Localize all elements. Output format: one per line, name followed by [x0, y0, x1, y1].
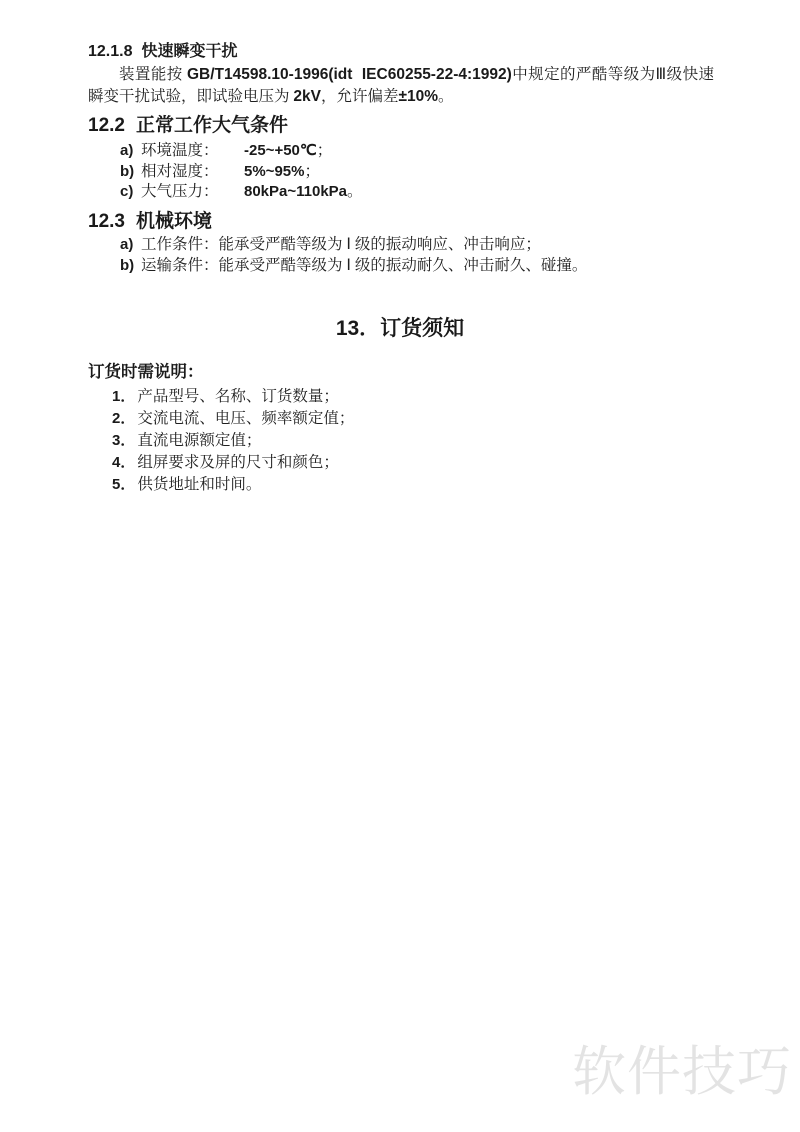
item-label: 大气压力：	[141, 182, 230, 203]
heading-number: 12.3	[88, 210, 125, 233]
list-item: 4．组屏要求及屏的尺寸和颜色；	[112, 452, 354, 474]
item-value: 80kPa~110kPa	[244, 182, 347, 203]
item-punctuation: 。	[347, 183, 363, 200]
item-label: 相对湿度：	[141, 162, 230, 183]
heading-number: 13．	[336, 317, 380, 340]
item-marker: a)	[120, 234, 141, 255]
item-text: 组屏要求及屏的尺寸和颜色；	[137, 454, 339, 471]
item-marker: b)	[120, 162, 141, 183]
item-label: 环境温度：	[141, 141, 230, 162]
standard-reference: GB/T14598.10-1996(idt IEC60255-22-4:1992…	[187, 66, 512, 83]
item-marker: 5．	[112, 476, 135, 493]
item-marker: 1．	[112, 388, 135, 405]
section-12-2-heading: 12.2正常工作大气条件	[88, 114, 288, 137]
item-text: 工作条件：能承受严酷等级为 Ⅰ 级的振动响应、冲击响应；	[141, 236, 541, 253]
item-marker: 4．	[112, 454, 135, 471]
heading-title: 订货须知	[380, 317, 464, 340]
item-marker: c)	[120, 182, 141, 203]
item-marker: 2．	[112, 410, 135, 427]
order-items-list: 1．产品型号、名称、订货数量； 2．交流电流、电压、频率额定值； 3．直流电源额…	[112, 386, 354, 496]
item-marker: a)	[120, 141, 141, 162]
list-item: a)环境温度：-25~+50℃；	[120, 141, 363, 162]
heading-title: 正常工作大气条件	[136, 114, 288, 137]
item-text: 产品型号、名称、订货数量；	[137, 388, 339, 405]
paragraph-segment: 装置能按	[119, 66, 187, 83]
item-marker: 3．	[112, 432, 135, 449]
heading-number: 12.1.8	[88, 42, 132, 62]
heading-number: 12.2	[88, 114, 125, 137]
document-page: 12.1.8快速瞬变干扰 装置能按 GB/T14598.10-1996(idt …	[0, 0, 800, 1132]
heading-title: 机械环境	[136, 210, 212, 233]
atmospheric-conditions-list: a)环境温度：-25~+50℃； b)相对湿度：5%~95%； c)大气压力：8…	[120, 141, 363, 203]
item-punctuation: ；	[317, 142, 333, 159]
chapter-13-heading: 13．订货须知	[0, 316, 800, 341]
list-item: 2．交流电流、电压、频率额定值；	[112, 408, 354, 430]
list-item: a)工作条件：能承受严酷等级为 Ⅰ 级的振动响应、冲击响应；	[120, 234, 587, 255]
item-punctuation: ；	[304, 163, 320, 180]
watermark-text: 软件技巧	[572, 1042, 792, 1102]
item-text: 直流电源额定值；	[137, 432, 261, 449]
section-12-3-heading: 12.3机械环境	[88, 210, 212, 233]
item-value: 5%~95%	[244, 162, 304, 183]
list-item: c)大气压力：80kPa~110kPa。	[120, 182, 363, 203]
fast-transient-paragraph: 装置能按 GB/T14598.10-1996(idt IEC60255-22-4…	[88, 64, 714, 108]
list-item: b)运输条件：能承受严酷等级为 Ⅰ 级的振动耐久、冲击耐久、碰撞。	[120, 255, 587, 276]
list-item: 3．直流电源额定值；	[112, 430, 354, 452]
list-item: 1．产品型号、名称、订货数量；	[112, 386, 354, 408]
list-item: 5．供货地址和时间。	[112, 474, 354, 496]
heading-title: 快速瞬变干扰	[141, 42, 237, 62]
item-marker: b)	[120, 255, 141, 276]
paragraph-segment: 。	[438, 88, 454, 105]
item-value: -25~+50℃	[244, 141, 317, 162]
list-item: b)相对湿度：5%~95%；	[120, 162, 363, 183]
item-text: 运输条件：能承受严酷等级为 Ⅰ 级的振动耐久、冲击耐久、碰撞。	[141, 257, 587, 274]
tolerance-value: ±10%	[399, 88, 439, 105]
item-text: 供货地址和时间。	[137, 476, 261, 493]
mechanical-environment-list: a)工作条件：能承受严酷等级为 Ⅰ 级的振动响应、冲击响应； b)运输条件：能承…	[120, 234, 587, 276]
section-12-1-8-heading: 12.1.8快速瞬变干扰	[88, 42, 238, 62]
paragraph-segment: ，允许偏差	[321, 88, 399, 105]
test-voltage-value: 2kV	[293, 88, 321, 105]
order-note-heading: 订货时需说明：	[88, 362, 204, 383]
item-text: 交流电流、电压、频率额定值；	[137, 410, 354, 427]
